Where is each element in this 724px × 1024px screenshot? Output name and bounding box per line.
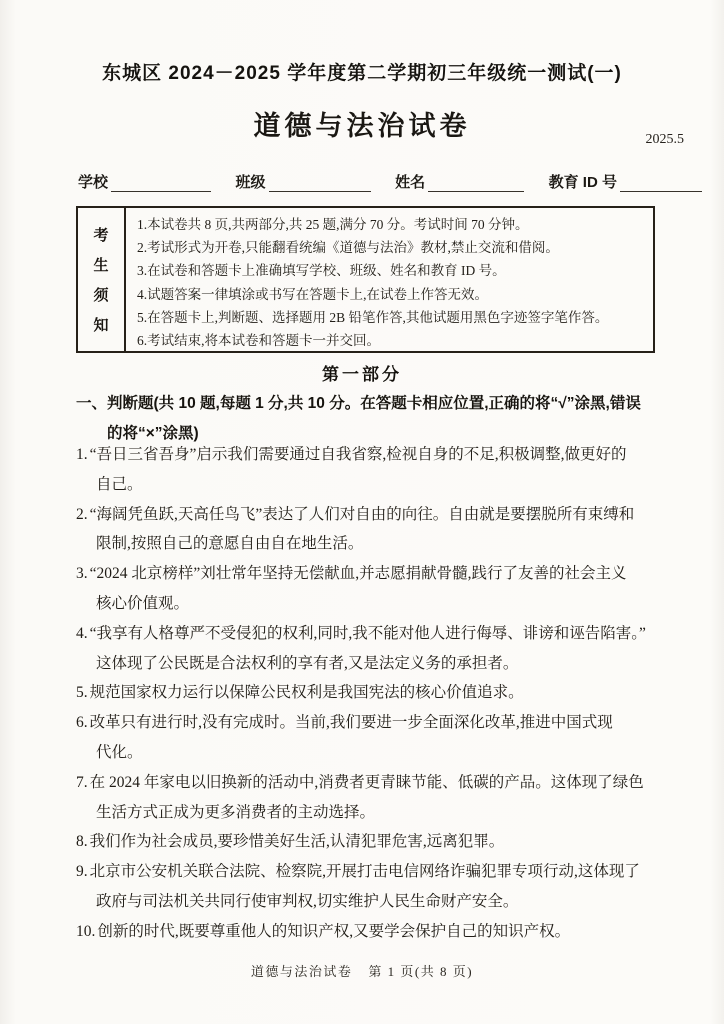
- question-text: 政府与司法机关共同行使审判权,切实维护人民生命财产安全。: [76, 887, 712, 917]
- notice-item: 5.在答题卡上,判断题、选择题用 2B 铅笔作答,其他试题用黑色字迹签字笔作答。: [137, 306, 649, 329]
- question-5: 5.规范国家权力运行以保障公民权利是我国宪法的核心价值追求。: [76, 678, 712, 708]
- question-number: 1.: [76, 446, 90, 463]
- question-text: 在 2024 年家电以旧换新的活动中,消费者更青睐节能、低碳的产品。这体现了绿色: [90, 774, 644, 791]
- candidate-notice-list: 1.本试卷共 8 页,共两部分,共 25 题,满分 70 分。考试时间 70 分…: [126, 208, 653, 351]
- notice-side-char: 考: [93, 224, 108, 245]
- class-blank-line: [269, 173, 371, 192]
- exam-paper-page: 东城区 2024－2025 学年度第二学期初三年级统一测试(一) 道德与法治试卷…: [0, 0, 724, 1024]
- question-text: 创新的时代,既要尊重他人的知识产权,又要学会保护自己的知识产权。: [97, 923, 570, 940]
- question-8: 8.我们作为社会成员,要珍惜美好生活,认清犯罪危害,远离犯罪。: [76, 827, 712, 857]
- school-blank-line: [111, 173, 211, 192]
- education-id-field: 教育 ID 号: [549, 171, 702, 192]
- notice-side-char: 知: [93, 314, 108, 335]
- notice-item: 6.考试结束,将本试卷和答题卡一并交回。: [137, 329, 649, 352]
- class-label: 班级: [236, 171, 266, 192]
- question-list: 1.“吾日三省吾身”启示我们需要通过自我省察,检视自身的不足,积极调整,做更好的…: [76, 440, 712, 947]
- question-text: “我享有人格尊严不受侵犯的权利,同时,我不能对他人进行侮辱、诽谤和诬告陷害。”: [90, 625, 646, 642]
- question-text: 我们作为社会成员,要珍惜美好生活,认清犯罪危害,远离犯罪。: [90, 833, 505, 850]
- school-label: 学校: [78, 171, 108, 192]
- question-text: 自己。: [76, 470, 712, 500]
- question-number: 5.: [76, 684, 90, 701]
- notice-item: 1.本试卷共 8 页,共两部分,共 25 题,满分 70 分。考试时间 70 分…: [137, 213, 649, 236]
- question-number: 8.: [76, 833, 90, 850]
- question-text: “吾日三省吾身”启示我们需要通过自我省察,检视自身的不足,积极调整,做更好的: [90, 446, 627, 463]
- part-one-heading: 第一部分: [0, 360, 724, 385]
- question-2: 2.“海阔凭鱼跃,天高任鸟飞”表达了人们对自由的向往。自由就是要摆脱所有束缚和 …: [76, 500, 712, 560]
- question-10: 10.创新的时代,既要尊重他人的知识产权,又要学会保护自己的知识产权。: [76, 917, 712, 947]
- question-number: 3.: [76, 565, 90, 582]
- education-id-label: 教育 ID 号: [549, 171, 617, 192]
- question-1: 1.“吾日三省吾身”启示我们需要通过自我省察,检视自身的不足,积极调整,做更好的…: [76, 440, 712, 500]
- question-3: 3.“2024 北京榜样”刘壮常年坚持无偿献血,并志愿捐献骨髓,践行了友善的社会…: [76, 559, 712, 619]
- question-number: 10.: [76, 923, 97, 940]
- question-text: 改革只有进行时,没有完成时。当前,我们要进一步全面深化改革,推进中国式现: [90, 714, 613, 731]
- school-field: 学校: [78, 171, 211, 192]
- question-number: 4.: [76, 625, 90, 642]
- question-number: 6.: [76, 714, 90, 731]
- notice-side-char: 须: [93, 284, 108, 305]
- footer-page-number: 第 1 页(共 8 页): [368, 964, 473, 979]
- question-number: 9.: [76, 863, 90, 880]
- class-field: 班级: [236, 171, 371, 192]
- question-text: 这体现了公民既是合法权利的享有者,又是法定义务的承担者。: [76, 649, 712, 679]
- question-text: 生活方式正成为更多消费者的主动选择。: [76, 798, 712, 828]
- notice-side-char: 生: [93, 254, 108, 275]
- name-field: 姓名: [395, 171, 524, 192]
- section-instruction-line: 一、判断题(共 10 题,每题 1 分,共 10 分。在答题卡相应位置,正确的将…: [76, 389, 716, 419]
- question-9: 9.北京市公安机关联合法院、检察院,开展打击电信网络诈骗犯罪专项行动,这体现了 …: [76, 857, 712, 917]
- subject-title: 道德与法治试卷: [0, 104, 724, 143]
- question-text: 北京市公安机关联合法院、检察院,开展打击电信网络诈骗犯罪专项行动,这体现了: [90, 863, 640, 880]
- question-number: 7.: [76, 774, 90, 791]
- question-text: 限制,按照自己的意愿自由自在地生活。: [76, 529, 712, 559]
- question-4: 4.“我享有人格尊严不受侵犯的权利,同时,我不能对他人进行侮辱、诽谤和诬告陷害。…: [76, 619, 712, 679]
- notice-item: 3.在试卷和答题卡上准确填写学校、班级、姓名和教育 ID 号。: [137, 259, 649, 282]
- candidate-notice-box: 考 生 须 知 1.本试卷共 8 页,共两部分,共 25 题,满分 70 分。考…: [76, 206, 655, 353]
- exam-date: 2025.5: [646, 132, 685, 148]
- name-label: 姓名: [395, 171, 425, 192]
- notice-item: 2.考试形式为开卷,只能翻看统编《道德与法治》教材,禁止交流和借阅。: [137, 236, 649, 259]
- name-blank-line: [428, 173, 524, 192]
- question-number: 2.: [76, 506, 90, 523]
- question-text: 规范国家权力运行以保障公民权利是我国宪法的核心价值追求。: [90, 684, 524, 701]
- page-footer: 道德与法治试卷第 1 页(共 8 页): [0, 961, 724, 980]
- question-text: “海阔凭鱼跃,天高任鸟飞”表达了人们对自由的向往。自由就是要摆脱所有束缚和: [90, 506, 635, 523]
- student-info-row: 学校 班级 姓名 教育 ID 号: [78, 171, 702, 192]
- question-7: 7.在 2024 年家电以旧换新的活动中,消费者更青睐节能、低碳的产品。这体现了…: [76, 768, 712, 828]
- question-text: 代化。: [76, 738, 712, 768]
- exam-title: 东城区 2024－2025 学年度第二学期初三年级统一测试(一): [0, 58, 724, 85]
- question-6: 6.改革只有进行时,没有完成时。当前,我们要进一步全面深化改革,推进中国式现 代…: [76, 708, 712, 768]
- question-text: “2024 北京榜样”刘壮常年坚持无偿献血,并志愿捐献骨髓,践行了友善的社会主义: [90, 565, 627, 582]
- candidate-notice-side-label: 考 生 须 知: [78, 208, 126, 351]
- notice-item: 4.试题答案一律填涂或书写在答题卡上,在试卷上作答无效。: [137, 283, 649, 306]
- education-id-blank-line: [620, 173, 702, 192]
- footer-doc-name: 道德与法治试卷: [251, 964, 353, 979]
- question-text: 核心价值观。: [76, 589, 712, 619]
